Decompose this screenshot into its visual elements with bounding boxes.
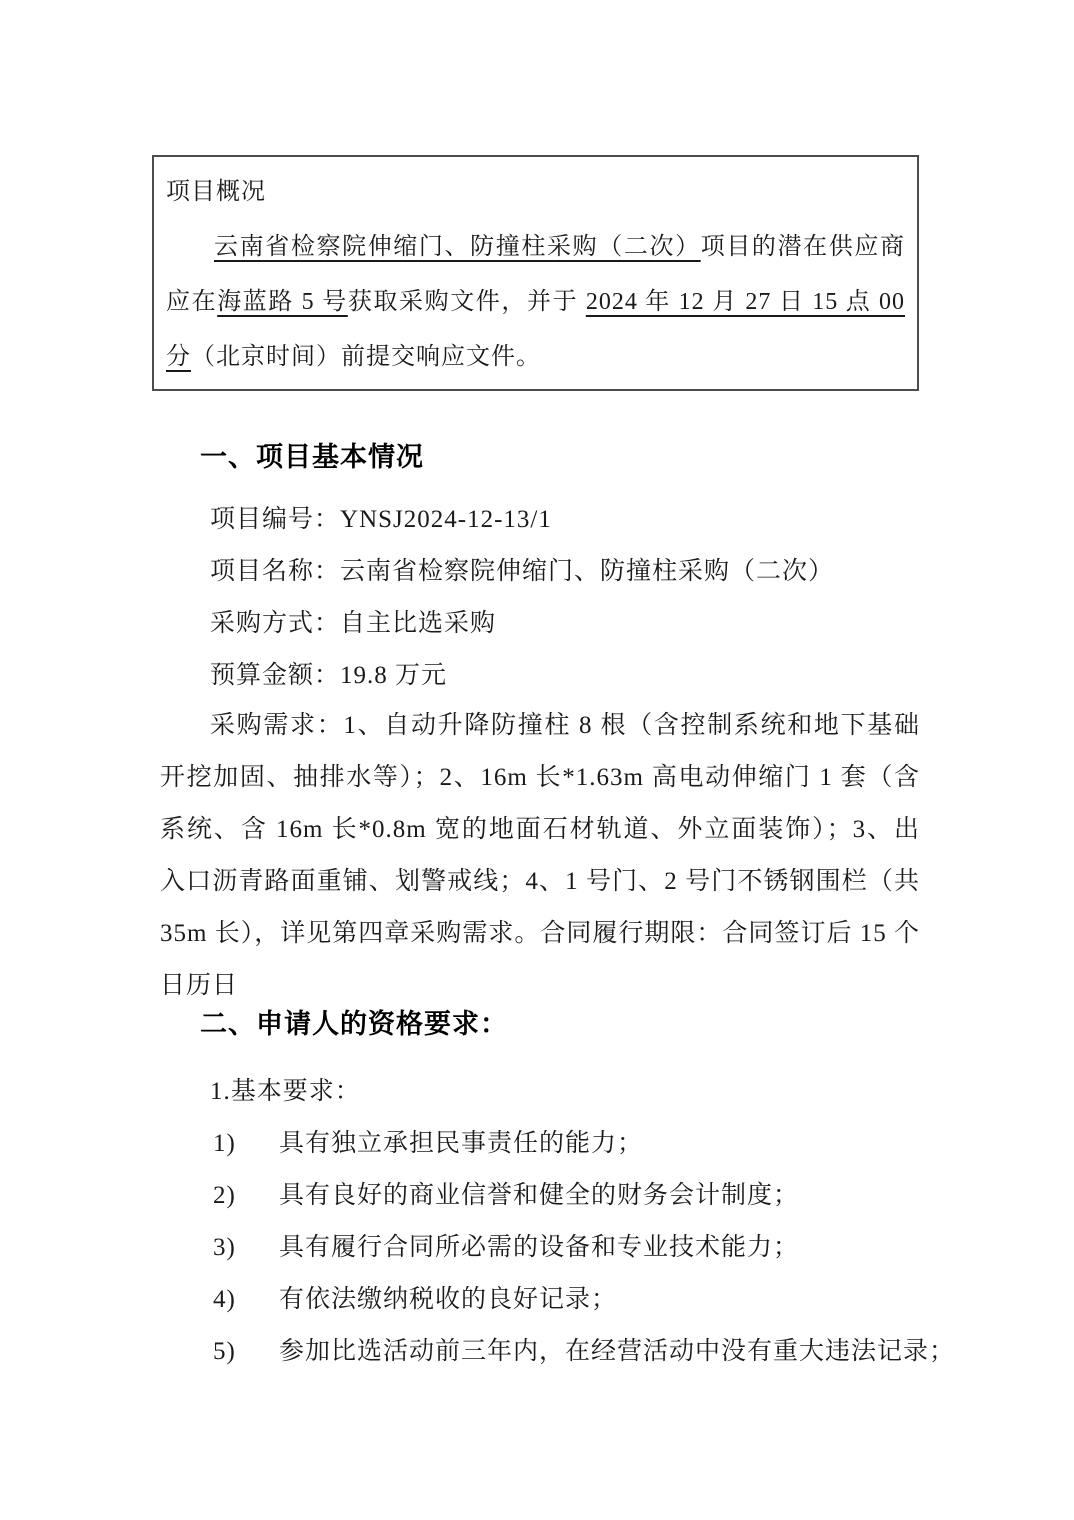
item-text: 参加比选活动前三年内，在经营活动中没有重大违法记录；: [279, 1326, 955, 1378]
project-overview-box: 项目概况 云南省检察院伸缩门、防撞柱采购（二次）项目的潜在供应商应在海蓝路 5 …: [152, 155, 919, 391]
overview-segment-address: 海蓝路 5 号: [217, 289, 348, 315]
section-heading-qualification: 二、申请人的资格要求：: [200, 1008, 508, 1040]
item-number: 4): [213, 1274, 279, 1326]
field-label: 项目名称：: [210, 558, 340, 585]
basic-info-fields: 项目编号：YNSJ2024-12-13/1 项目名称：云南省检察院伸缩门、防撞柱…: [160, 494, 920, 702]
procurement-demand-paragraph: 采购需求：1、自动升降防撞柱 8 根（含控制系统和地下基础开挖加固、抽排水等）；…: [160, 700, 920, 1012]
field-label: 项目编号：: [210, 506, 340, 533]
item-text: 具有独立承担民事责任的能力；: [279, 1118, 920, 1170]
field-value: 自主比选采购: [340, 610, 496, 637]
basic-requirements-subheading: 1.基本要求：: [160, 1066, 920, 1118]
item-text: 具有履行合同所必需的设备和专业技术能力；: [279, 1222, 920, 1274]
project-overview-paragraph: 云南省检察院伸缩门、防撞柱采购（二次）项目的潜在供应商应在海蓝路 5 号获取采购…: [166, 220, 905, 385]
qualification-list: 1.基本要求： 1) 具有独立承担民事责任的能力； 2) 具有良好的商业信誉和健…: [160, 1066, 920, 1378]
item-text: 具有良好的商业信誉和健全的财务会计制度；: [279, 1170, 920, 1222]
overview-segment-text-3: （北京时间）前提交响应文件。: [191, 344, 541, 370]
field-label: 采购方式：: [210, 610, 340, 637]
item-number: 2): [213, 1170, 279, 1222]
item-number: 5): [213, 1326, 279, 1378]
document-page: 项目概况 云南省检察院伸缩门、防撞柱采购（二次）项目的潜在供应商应在海蓝路 5 …: [0, 0, 1074, 1520]
overview-segment-project-name: 云南省检察院伸缩门、防撞柱采购（二次）: [214, 234, 701, 260]
field-value: YNSJ2024-12-13/1: [340, 506, 552, 533]
field-row-budget-amount: 预算金额：19.8 万元: [160, 650, 920, 702]
field-label: 预算金额：: [210, 662, 340, 689]
field-value: 云南省检察院伸缩门、防撞柱采购（二次）: [340, 558, 834, 585]
field-value: 19.8 万元: [340, 662, 447, 689]
item-number: 1): [213, 1118, 279, 1170]
field-row-procurement-method: 采购方式：自主比选采购: [160, 598, 920, 650]
project-overview-title: 项目概况: [166, 165, 905, 220]
field-row-project-name: 项目名称：云南省检察院伸缩门、防撞柱采购（二次）: [160, 546, 920, 598]
item-number: 3): [213, 1222, 279, 1274]
field-row-project-number: 项目编号：YNSJ2024-12-13/1: [160, 494, 920, 546]
requirement-item-5: 5) 参加比选活动前三年内，在经营活动中没有重大违法记录；: [160, 1326, 920, 1378]
requirement-item-1: 1) 具有独立承担民事责任的能力；: [160, 1118, 920, 1170]
item-text: 有依法缴纳税收的良好记录；: [279, 1274, 920, 1326]
requirement-item-3: 3) 具有履行合同所必需的设备和专业技术能力；: [160, 1222, 920, 1274]
section-heading-basic-info: 一、项目基本情况: [200, 441, 424, 473]
requirement-item-2: 2) 具有良好的商业信誉和健全的财务会计制度；: [160, 1170, 920, 1222]
overview-segment-text-2: 获取采购文件，并于: [348, 289, 586, 315]
requirement-item-4: 4) 有依法缴纳税收的良好记录；: [160, 1274, 920, 1326]
